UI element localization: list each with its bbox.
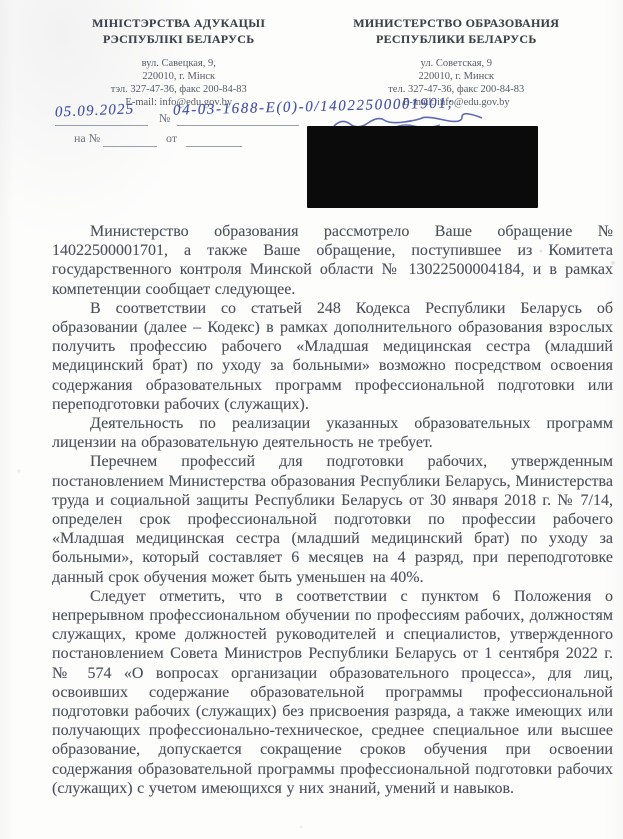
paragraph-article-248: В соответствии со статьей 248 Кодекса Ре…: [52, 299, 613, 414]
address-city: 220010, г. Минск: [318, 70, 596, 83]
reply-to-blank-line: [103, 146, 157, 147]
number-blank-line: [177, 125, 299, 126]
date-blank-line: [55, 125, 148, 126]
paragraph-professions-list: Перечнем профессий для подготовки рабочи…: [52, 452, 613, 586]
reply-to-label: на №: [74, 131, 100, 146]
letterhead-left: МІНІСТЭРСТВА АДУКАЦЫІ РЭСПУБЛІКІ БЕЛАРУС…: [40, 15, 318, 109]
address-phone: тел. 327-47-36, факс 200-84-83: [318, 83, 596, 96]
paragraph-intro: Министерство образования рассмотрело Ваш…: [52, 222, 613, 299]
letterhead: МІНІСТЭРСТВА АДУКАЦЫІ РЭСПУБЛІКІ БЕЛАРУС…: [40, 15, 595, 109]
number-sign-label: №: [159, 111, 170, 126]
address-street: ул. Советская, 9: [318, 57, 596, 70]
letter-body: Министерство образования рассмотрело Ваш…: [52, 222, 613, 798]
org-name-russian: МИНИСТЕРСТВО ОБРАЗОВАНИЯ РЕСПУБЛИКИ БЕЛА…: [318, 15, 596, 47]
org-name-line2: РЭСПУБЛІКІ БЕЛАРУСЬ: [40, 31, 318, 47]
letterhead-right: МИНИСТЕРСТВО ОБРАЗОВАНИЯ РЕСПУБЛИКИ БЕЛА…: [318, 15, 596, 109]
redaction-box: [307, 126, 538, 208]
address-phone: тэл. 327-47-36, факс 200-84-83: [40, 83, 318, 96]
handwritten-date: 05.09.2025: [55, 101, 135, 121]
scanned-letter-page: МІНІСТЭРСТВА АДУКАЦЫІ РЭСПУБЛІКІ БЕЛАРУС…: [0, 0, 623, 839]
scan-speckles: [0, 0, 2, 2]
from-date-blank-line: [186, 146, 242, 147]
org-name-line1: МІНІСТЭРСТВА АДУКАЦЫІ: [40, 15, 318, 31]
org-name-line2: РЕСПУБЛИКИ БЕЛАРУСЬ: [318, 31, 596, 47]
org-name-line1: МИНИСТЕРСТВО ОБРАЗОВАНИЯ: [318, 15, 596, 31]
org-name-belarusian: МІНІСТЭРСТВА АДУКАЦЫІ РЭСПУБЛІКІ БЕЛАРУС…: [40, 15, 318, 47]
from-date-label: от: [166, 131, 177, 146]
paragraph-regulation-574: Следует отметить, что в соответствии с п…: [52, 587, 613, 798]
paragraph-license: Деятельность по реализации указанных обр…: [52, 414, 613, 452]
address-city: 220010, г. Мінск: [40, 70, 318, 83]
address-street: вул. Савецкая, 9,: [40, 57, 318, 70]
